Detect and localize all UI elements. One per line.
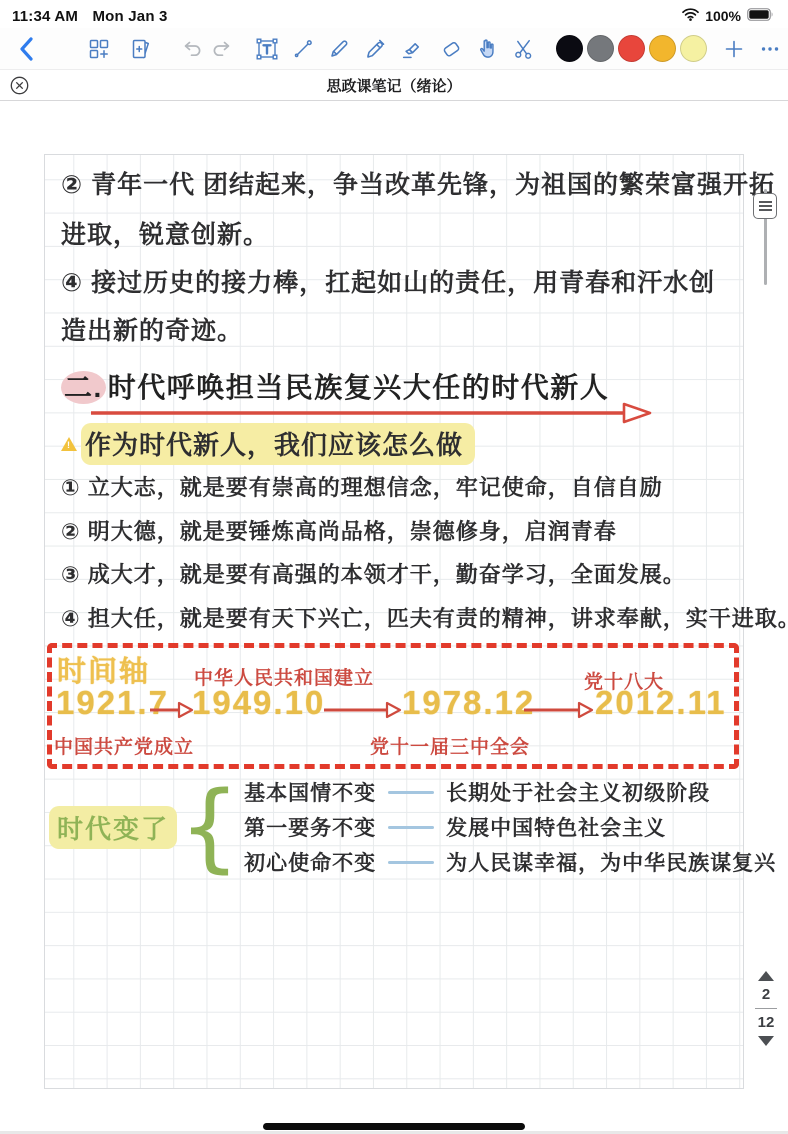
question-text: 作为时代新人，我们应该怎么做	[81, 423, 475, 465]
section-title: 时代呼唤担当民族复兴大任的时代新人	[108, 372, 610, 403]
home-indicator[interactable]	[263, 1123, 525, 1130]
note-item: ③ 成大才，就是要有高强的本领才干，勤奋学习，全面发展。	[61, 558, 686, 589]
wifi-icon	[682, 8, 699, 24]
note-item: ④ 担大任，就是要有天下兴亡，匹夫有责的精神，讲求奉献，实干进取。	[61, 602, 788, 633]
note-line: ④ 接过历史的接力棒，扛起如山的责任，用青春和汗水创	[61, 263, 715, 299]
color-swatch-gray[interactable]	[587, 35, 614, 62]
add-page-button[interactable]	[128, 36, 154, 62]
color-swatch-orange[interactable]	[649, 35, 676, 62]
document-title: 思政课笔记（绪论）	[326, 75, 461, 96]
status-bar: 11:34 AM Mon Jan 3 100%	[0, 0, 788, 28]
shape-line-tool-button[interactable]	[290, 36, 316, 62]
timeline-arrow-icon	[324, 701, 402, 719]
clock-time: 11:34 AM	[12, 8, 78, 25]
redo-button[interactable]	[208, 36, 234, 62]
changes-right: 长期处于社会主义初级阶段	[446, 777, 710, 807]
timeline-arrow-icon	[150, 701, 194, 719]
timeline-event-below: 中国共产党成立	[54, 732, 194, 759]
changes-left: 基本国情不变	[244, 777, 376, 807]
question-line: ! 作为时代新人，我们应该怎么做	[61, 423, 475, 465]
battery-icon	[747, 8, 774, 24]
changes-right: 为人民谋幸福，为中华民族谋复兴	[446, 847, 776, 877]
content-area: ② 青年一代 团结起来，争当改革先锋，为祖国的繁荣富强开拓 进取，锐意创新。 ④…	[0, 101, 788, 1133]
highlighter-tool-button[interactable]	[398, 36, 424, 62]
close-icon[interactable]	[10, 76, 29, 95]
section-heading: 二.时代呼唤担当民族复兴大任的时代新人	[61, 366, 609, 406]
changes-row: 初心使命不变为人民谋幸福，为中华民族谋复兴	[244, 847, 776, 877]
page-down-icon[interactable]	[758, 1036, 774, 1046]
page-divider	[755, 1008, 777, 1009]
lasso-select-tool-button[interactable]	[474, 36, 500, 62]
note-item: ① 立大志，就是要有崇高的理想信念，牢记使命，自信自励	[61, 471, 663, 502]
clock-date: Mon Jan 3	[92, 8, 167, 25]
timeline-arrow-icon	[524, 701, 594, 719]
connector-line	[388, 861, 434, 864]
changes-left: 初心使命不变	[244, 847, 376, 877]
pen-tool-button[interactable]	[362, 36, 388, 62]
page-current[interactable]: 2	[762, 986, 770, 1003]
color-swatch-black[interactable]	[556, 35, 583, 62]
text-tool-button[interactable]	[254, 36, 280, 62]
color-swatch-red[interactable]	[618, 35, 645, 62]
note-canvas[interactable]: ② 青年一代 团结起来，争当改革先锋，为祖国的繁荣富强开拓 进取，锐意创新。 ④…	[44, 154, 744, 1089]
changes-left: 第一要务不变	[244, 812, 376, 842]
back-button[interactable]	[14, 36, 40, 62]
note-line: 进取，锐意创新。	[61, 215, 269, 251]
add-element-button[interactable]	[721, 36, 747, 62]
scrollbar-handle[interactable]	[753, 193, 777, 219]
note-line: 造出新的奇迹。	[61, 311, 243, 347]
more-options-button[interactable]	[757, 36, 783, 62]
page-navigator: 2 12	[750, 971, 782, 1046]
connector-line	[388, 791, 434, 794]
color-swatch-yellow[interactable]	[680, 35, 707, 62]
toolbar	[0, 28, 788, 70]
color-swatches	[556, 35, 707, 62]
pencil-tool-button[interactable]	[326, 36, 352, 62]
changes-label: 时代变了	[49, 806, 177, 849]
section-number: 二.	[61, 371, 106, 404]
timeline-event-below: 党十一届三中全会	[370, 732, 530, 759]
red-underline-arrow	[91, 401, 653, 425]
changes-section: 时代变了 { 基本国情不变长期处于社会主义初级阶段 第一要务不变发展中国特色社会…	[49, 777, 776, 877]
timeline-date: 2012.11	[595, 684, 726, 722]
timeline-date: 1949.10	[192, 684, 325, 722]
undo-button[interactable]	[180, 36, 206, 62]
manage-pages-button[interactable]	[86, 36, 112, 62]
timeline-date: 1978.12	[402, 684, 535, 722]
brace-glyph: {	[179, 785, 240, 869]
changes-right: 发展中国特色社会主义	[446, 812, 666, 842]
page-up-icon[interactable]	[758, 971, 774, 981]
eraser-tool-button[interactable]	[438, 36, 464, 62]
scissors-tool-button[interactable]	[510, 36, 536, 62]
changes-row: 基本国情不变长期处于社会主义初级阶段	[244, 777, 776, 807]
note-item: ② 明大德，就是要锤炼高尚品格，崇德修身，启润青春	[61, 515, 617, 546]
title-bar: 思政课笔记（绪论）	[0, 70, 788, 101]
changes-row: 第一要务不变发展中国特色社会主义	[244, 812, 776, 842]
timeline-box: 时间轴 中华人民共和国建立 党十八大 1921.7 1949.10 1978.1…	[47, 643, 739, 769]
note-line: ② 青年一代 团结起来，争当改革先锋，为祖国的繁荣富强开拓	[61, 165, 775, 201]
exclamation-icon: !	[61, 437, 77, 451]
app-screen: 11:34 AM Mon Jan 3 100%	[0, 0, 788, 1134]
page-total: 12	[758, 1014, 775, 1031]
battery-percent: 100%	[705, 8, 741, 24]
connector-line	[388, 826, 434, 829]
